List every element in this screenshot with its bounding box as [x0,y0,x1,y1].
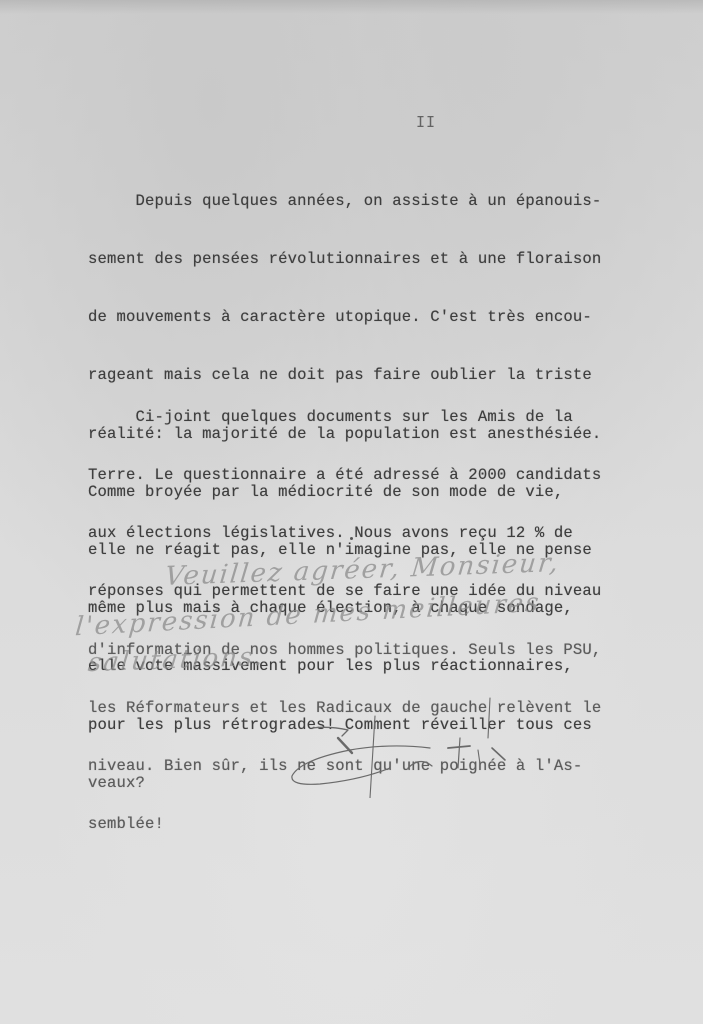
paragraph-1-line: Depuis quelques années, on assiste à un … [88,192,601,211]
paragraph-2-line: Ci-joint quelques documents sur les Amis… [88,408,601,427]
paragraph-1-line: sement des pensées révolutionnaires et à… [88,250,601,269]
paragraph-2-line: d'information de nos hommes politiques. … [88,641,601,660]
paragraph-2-line: Terre. Le questionnaire a été adressé à … [88,466,601,485]
signature [280,688,520,798]
paragraph-2-line: réponses qui permettent de se faire une … [88,582,601,601]
paragraph-2-line: semblée! [88,815,601,834]
ink-dot [350,537,353,540]
paragraph-2-line: aux élections législatives. Nous avons r… [88,524,601,543]
page-number: II [416,113,436,131]
scanned-letter-page: II Depuis quelques années, on assiste à … [0,0,703,1024]
paragraph-1-line: de mouvements à caractère utopique. C'es… [88,308,601,327]
scan-edge-shadow [0,0,703,14]
